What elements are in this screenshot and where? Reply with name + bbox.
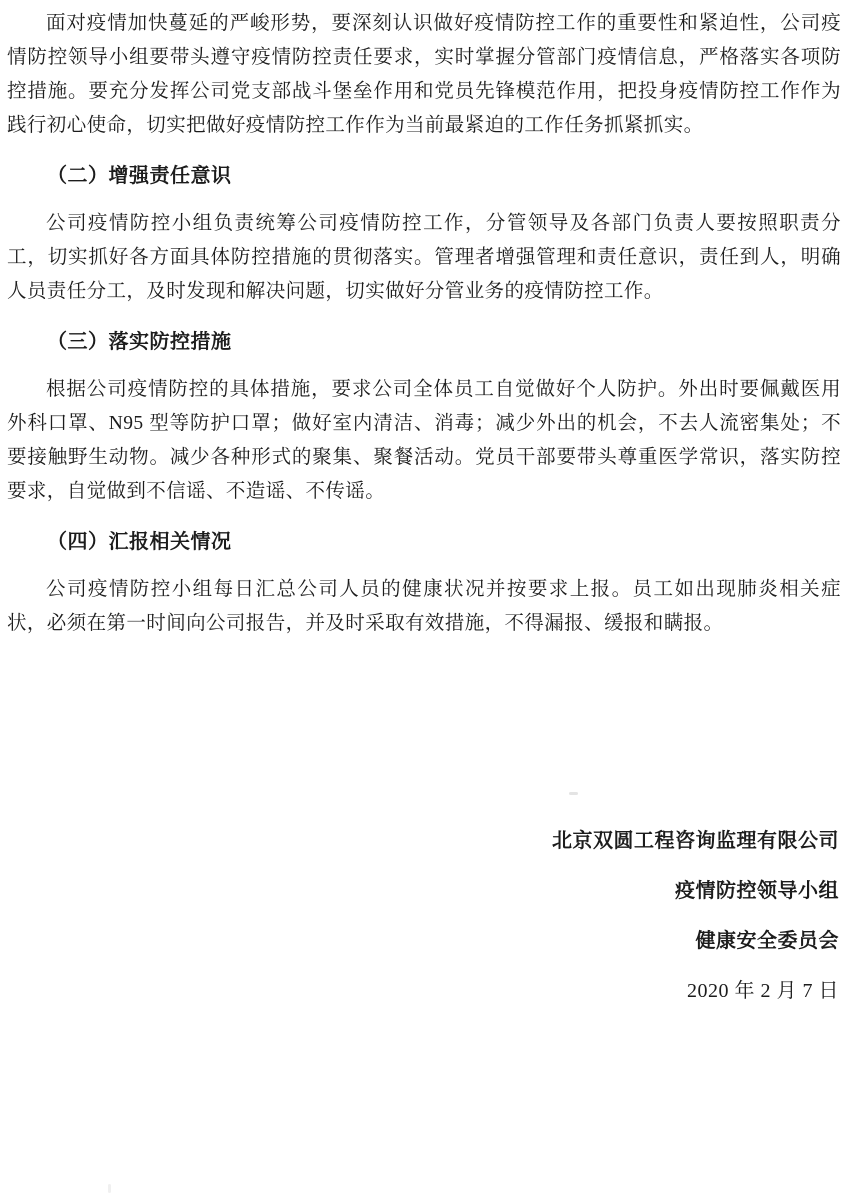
scan-artifact — [569, 792, 578, 795]
intro-paragraph: 面对疫情加快蔓延的严峻形势，要深刻认识做好疫情防控工作的重要性和紧迫性，公司疫情… — [7, 7, 841, 143]
scan-artifact — [108, 1184, 111, 1193]
section-body-reporting: 公司疫情防控小组每日汇总公司人员的健康状况并按要求上报。员工如出现肺炎相关症状，… — [7, 573, 841, 641]
section-body-responsibility: 公司疫情防控小组负责统筹公司疫情防控工作，分管领导及各部门负责人要按照职责分工，… — [7, 207, 841, 309]
signature-group: 疫情防控领导小组 — [7, 866, 839, 916]
section-heading-responsibility: （二）增强责任意识 — [7, 159, 841, 193]
signature-date: 2020 年 2 月 7 日 — [7, 966, 839, 1016]
signature-company: 北京双圆工程咨询监理有限公司 — [7, 816, 839, 866]
signature-block: 北京双圆工程咨询监理有限公司 疫情防控领导小组 健康安全委员会 2020 年 2… — [7, 816, 841, 1016]
section-body-measures: 根据公司疫情防控的具体措施，要求公司全体员工自觉做好个人防护。外出时要佩戴医用外… — [7, 373, 841, 509]
section-heading-measures: （三）落实防控措施 — [7, 325, 841, 359]
signature-committee: 健康安全委员会 — [7, 916, 839, 966]
section-heading-reporting: （四）汇报相关情况 — [7, 525, 841, 559]
document-page: 面对疫情加快蔓延的严峻形势，要深刻认识做好疫情防控工作的重要性和紧迫性，公司疫情… — [0, 0, 849, 1200]
